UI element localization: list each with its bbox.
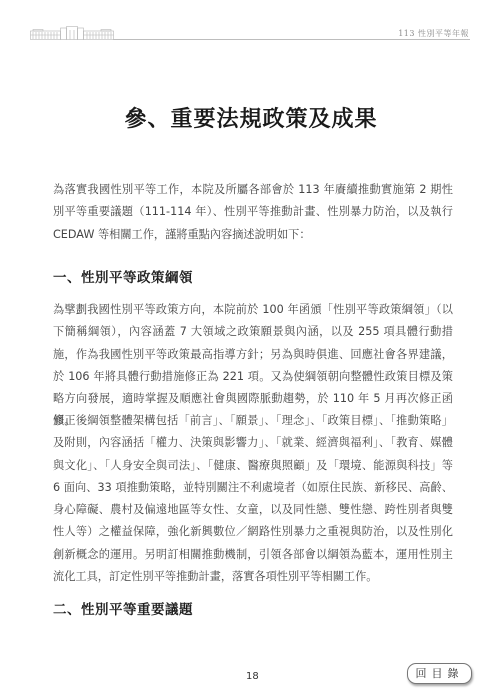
- intro-paragraph: 為落實我國性別平等工作，本院及所屬各部會於 113 年賡續推動實施第 2 期性別…: [53, 179, 453, 246]
- section-heading-2: 二、性別平等重要議題: [53, 598, 193, 618]
- section-heading-1: 一、性別平等政策綱領: [53, 266, 193, 286]
- back-to-toc-button[interactable]: 回目錄: [407, 663, 472, 684]
- header-divider: [113, 39, 470, 40]
- building-logo-icon: [30, 26, 114, 40]
- chapter-title: 參、重要法規政策及成果: [0, 102, 502, 133]
- section-1-paragraph-2: 修正後綱領整體架構包括「前言」、「願景」、「理念」、「政策目標」、「推動策略」及…: [53, 410, 453, 588]
- page-header: 113 性別平等年報: [0, 0, 502, 45]
- page-number: 18: [246, 671, 259, 682]
- report-title: 113 性別平等年報: [398, 28, 469, 39]
